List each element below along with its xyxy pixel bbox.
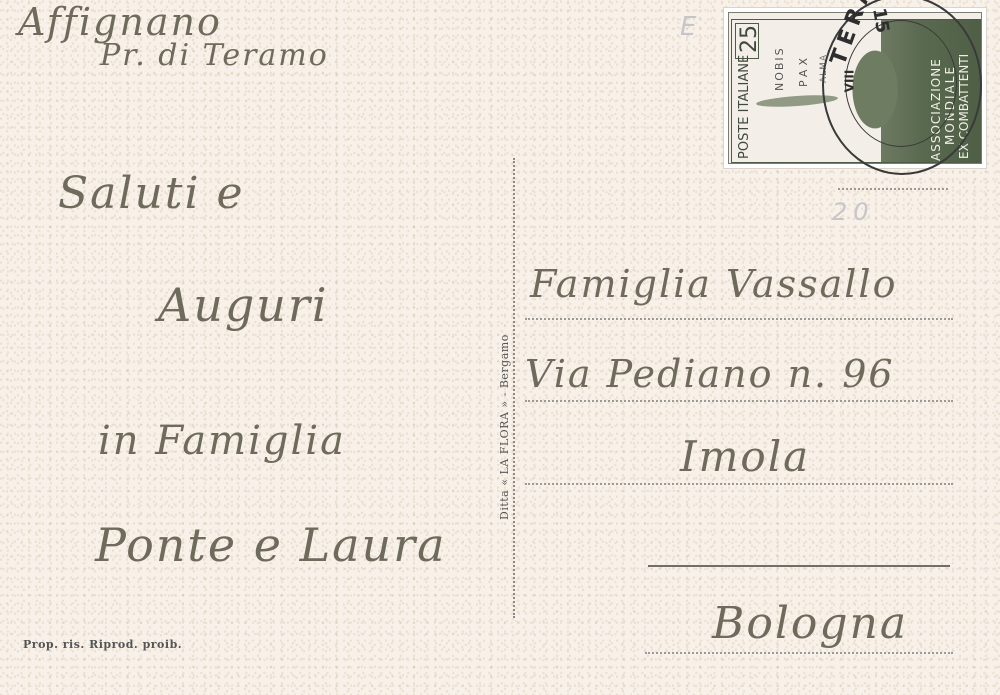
stamp-value: 25 <box>737 25 762 53</box>
message-line-4: Ponte e Laura <box>95 518 447 572</box>
stamp-motto-2: PAX <box>797 54 810 87</box>
address-line-4 <box>648 565 950 567</box>
postmark-inner-ring <box>845 20 957 147</box>
address-line-2 <box>525 400 953 402</box>
pencil-mark-e: E <box>680 12 696 42</box>
rights-notice: Prop. ris. Riprod. proib. <box>23 638 182 651</box>
postmark-month: VIII <box>842 70 856 93</box>
address-line-1 <box>525 318 953 320</box>
center-divider <box>513 158 515 618</box>
address-name: Famiglia Vassallo <box>530 262 897 306</box>
publisher-imprint: Ditta « LA FLORA » - Bergamo <box>498 334 511 520</box>
stamp-area-line <box>838 188 948 190</box>
message-line-2: Auguri <box>158 278 329 332</box>
sender-line-2: Pr. di Teramo <box>100 38 329 73</box>
postcard-back: Affignano Pr. di Teramo Saluti e Auguri … <box>0 0 1000 695</box>
pencil-mark-number: 20 <box>832 198 875 226</box>
message-line-3: in Famiglia <box>98 418 346 464</box>
address-line-3 <box>525 483 953 485</box>
address-street: Via Pediano n. 96 <box>525 352 895 396</box>
address-line-5 <box>645 652 953 654</box>
message-line-1: Saluti e <box>58 168 245 219</box>
stamp-motto-1: NOBIS <box>773 46 786 91</box>
stamp-country: POSTE ITALIANE <box>737 55 752 159</box>
address-city: Imola <box>680 432 810 481</box>
address-province: Bologna <box>712 598 908 649</box>
postmark-day: 15 <box>868 6 893 34</box>
